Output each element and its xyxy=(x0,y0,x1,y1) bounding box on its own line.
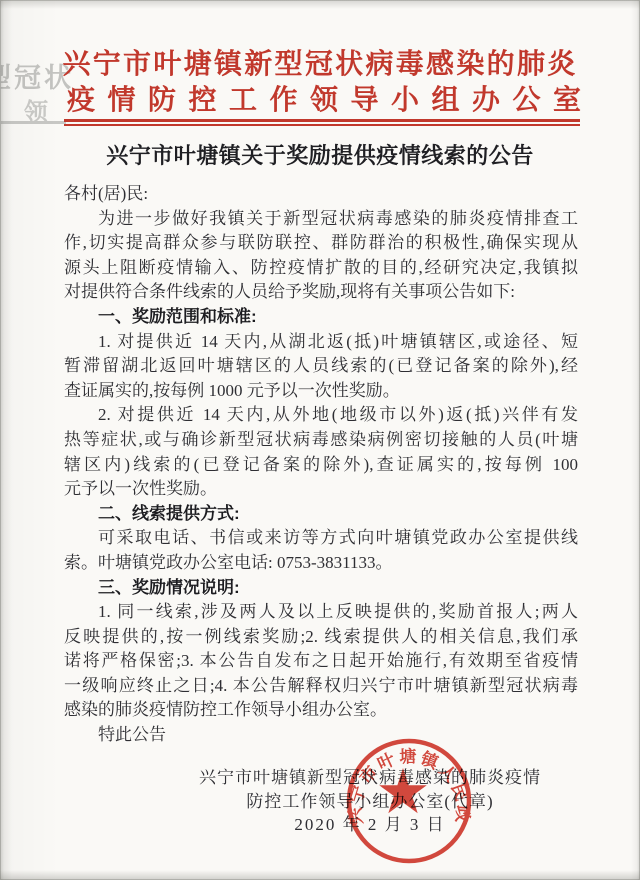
body-line: 辖区内)线索的(已登记备案的除外),查证属实的,按每例 100 xyxy=(64,453,578,478)
body-line: 对提供符合条件线索的人员给予奖励,现将有关事项公告如下: xyxy=(64,280,578,305)
seal-arc-text-wrap: 兴宁市叶塘镇人民政府 xyxy=(343,735,473,826)
body-line: 1. 对提供近 14 天内,从湖北返(抵)叶塘镇辖区,或途径、短 xyxy=(64,330,578,355)
official-seal: 兴宁市叶塘镇人民政府 xyxy=(343,735,475,867)
body-line: 作,切实提高群众参与联防联控、群防群治的积极性,确保实现从 xyxy=(64,231,578,256)
masthead-line1: 兴宁市叶塘镇新型冠状病毒感染的肺炎 xyxy=(55,46,585,82)
body-line: 一级响应终止之日;4. 本公告解释权归兴宁市叶塘镇新型冠状病毒 xyxy=(64,674,578,699)
body-line: 暂滞留湖北返回叶塘辖区的人员线索的(已登记备案的除外),经 xyxy=(64,354,578,379)
body-line: 查证属实的,按每例 1000 元予以一次性奖励。 xyxy=(64,379,578,404)
body-line: 感染的肺炎疫情防控工作领导小组办公室。 xyxy=(64,698,578,723)
seal-arc-text: 兴宁市叶塘镇人民政府 xyxy=(343,735,473,826)
body-line: 各村(居)民: xyxy=(64,182,578,207)
masthead-line2: 疫情防控工作领导小组办公室 xyxy=(55,82,585,118)
body-line: 索。叶塘镇党政办公室电话: 0753-3831133。 xyxy=(64,551,578,576)
body-line: 源头上阻断疫情输入、防控疫情扩散的目的,经研究决定,我镇拟 xyxy=(64,256,578,281)
body-line: 热等症状,或与确诊新型冠状病毒感染病例密切接触的人员(叶塘 xyxy=(64,428,578,453)
body-line: 2. 对提供近 14 天内,从外地(地级市以外)返(抵)兴伴有发 xyxy=(64,403,578,428)
body-line: 反映提供的,按一例线索奖励;2. 线索提供人的相关信息,我们承 xyxy=(64,625,578,650)
bleed-through-rule xyxy=(0,121,66,124)
masthead-double-rule xyxy=(64,119,580,126)
scanned-notice-page: 型冠状 领 兴宁市叶塘镇新型冠状病毒感染的肺炎 疫情防控工作领导小组办公室 兴宁… xyxy=(0,0,640,880)
body-line: 一、奖励范围和标准: xyxy=(64,305,578,330)
body-line: 为进一步做好我镇关于新型冠状病毒感染的肺炎疫情排查工 xyxy=(64,207,578,232)
body-line: 1. 同一线索,涉及两人及以上反映提供的,奖励首报人;两人 xyxy=(64,600,578,625)
body-line: 三、奖励情况说明: xyxy=(64,576,578,601)
document-body: 各村(居)民:为进一步做好我镇关于新型冠状病毒感染的肺炎疫情排查工作,切实提高群… xyxy=(64,182,578,748)
body-line: 可采取电话、书信或来访等方式向叶塘镇党政办公室提供线 xyxy=(64,526,578,551)
body-line: 元予以一次性奖励。 xyxy=(64,477,578,502)
notice-title: 兴宁市叶塘镇关于奖励提供疫情线索的公告 xyxy=(0,139,640,170)
masthead: 兴宁市叶塘镇新型冠状病毒感染的肺炎 疫情防控工作领导小组办公室 xyxy=(55,46,585,118)
seal-star-icon xyxy=(379,768,427,813)
body-line: 二、线索提供方式: xyxy=(64,502,578,527)
body-line: 特此公告 xyxy=(64,723,578,748)
body-line: 诺将严格保密;3. 本公告自发布之日起开始施行,有效期至省疫情 xyxy=(64,649,578,674)
